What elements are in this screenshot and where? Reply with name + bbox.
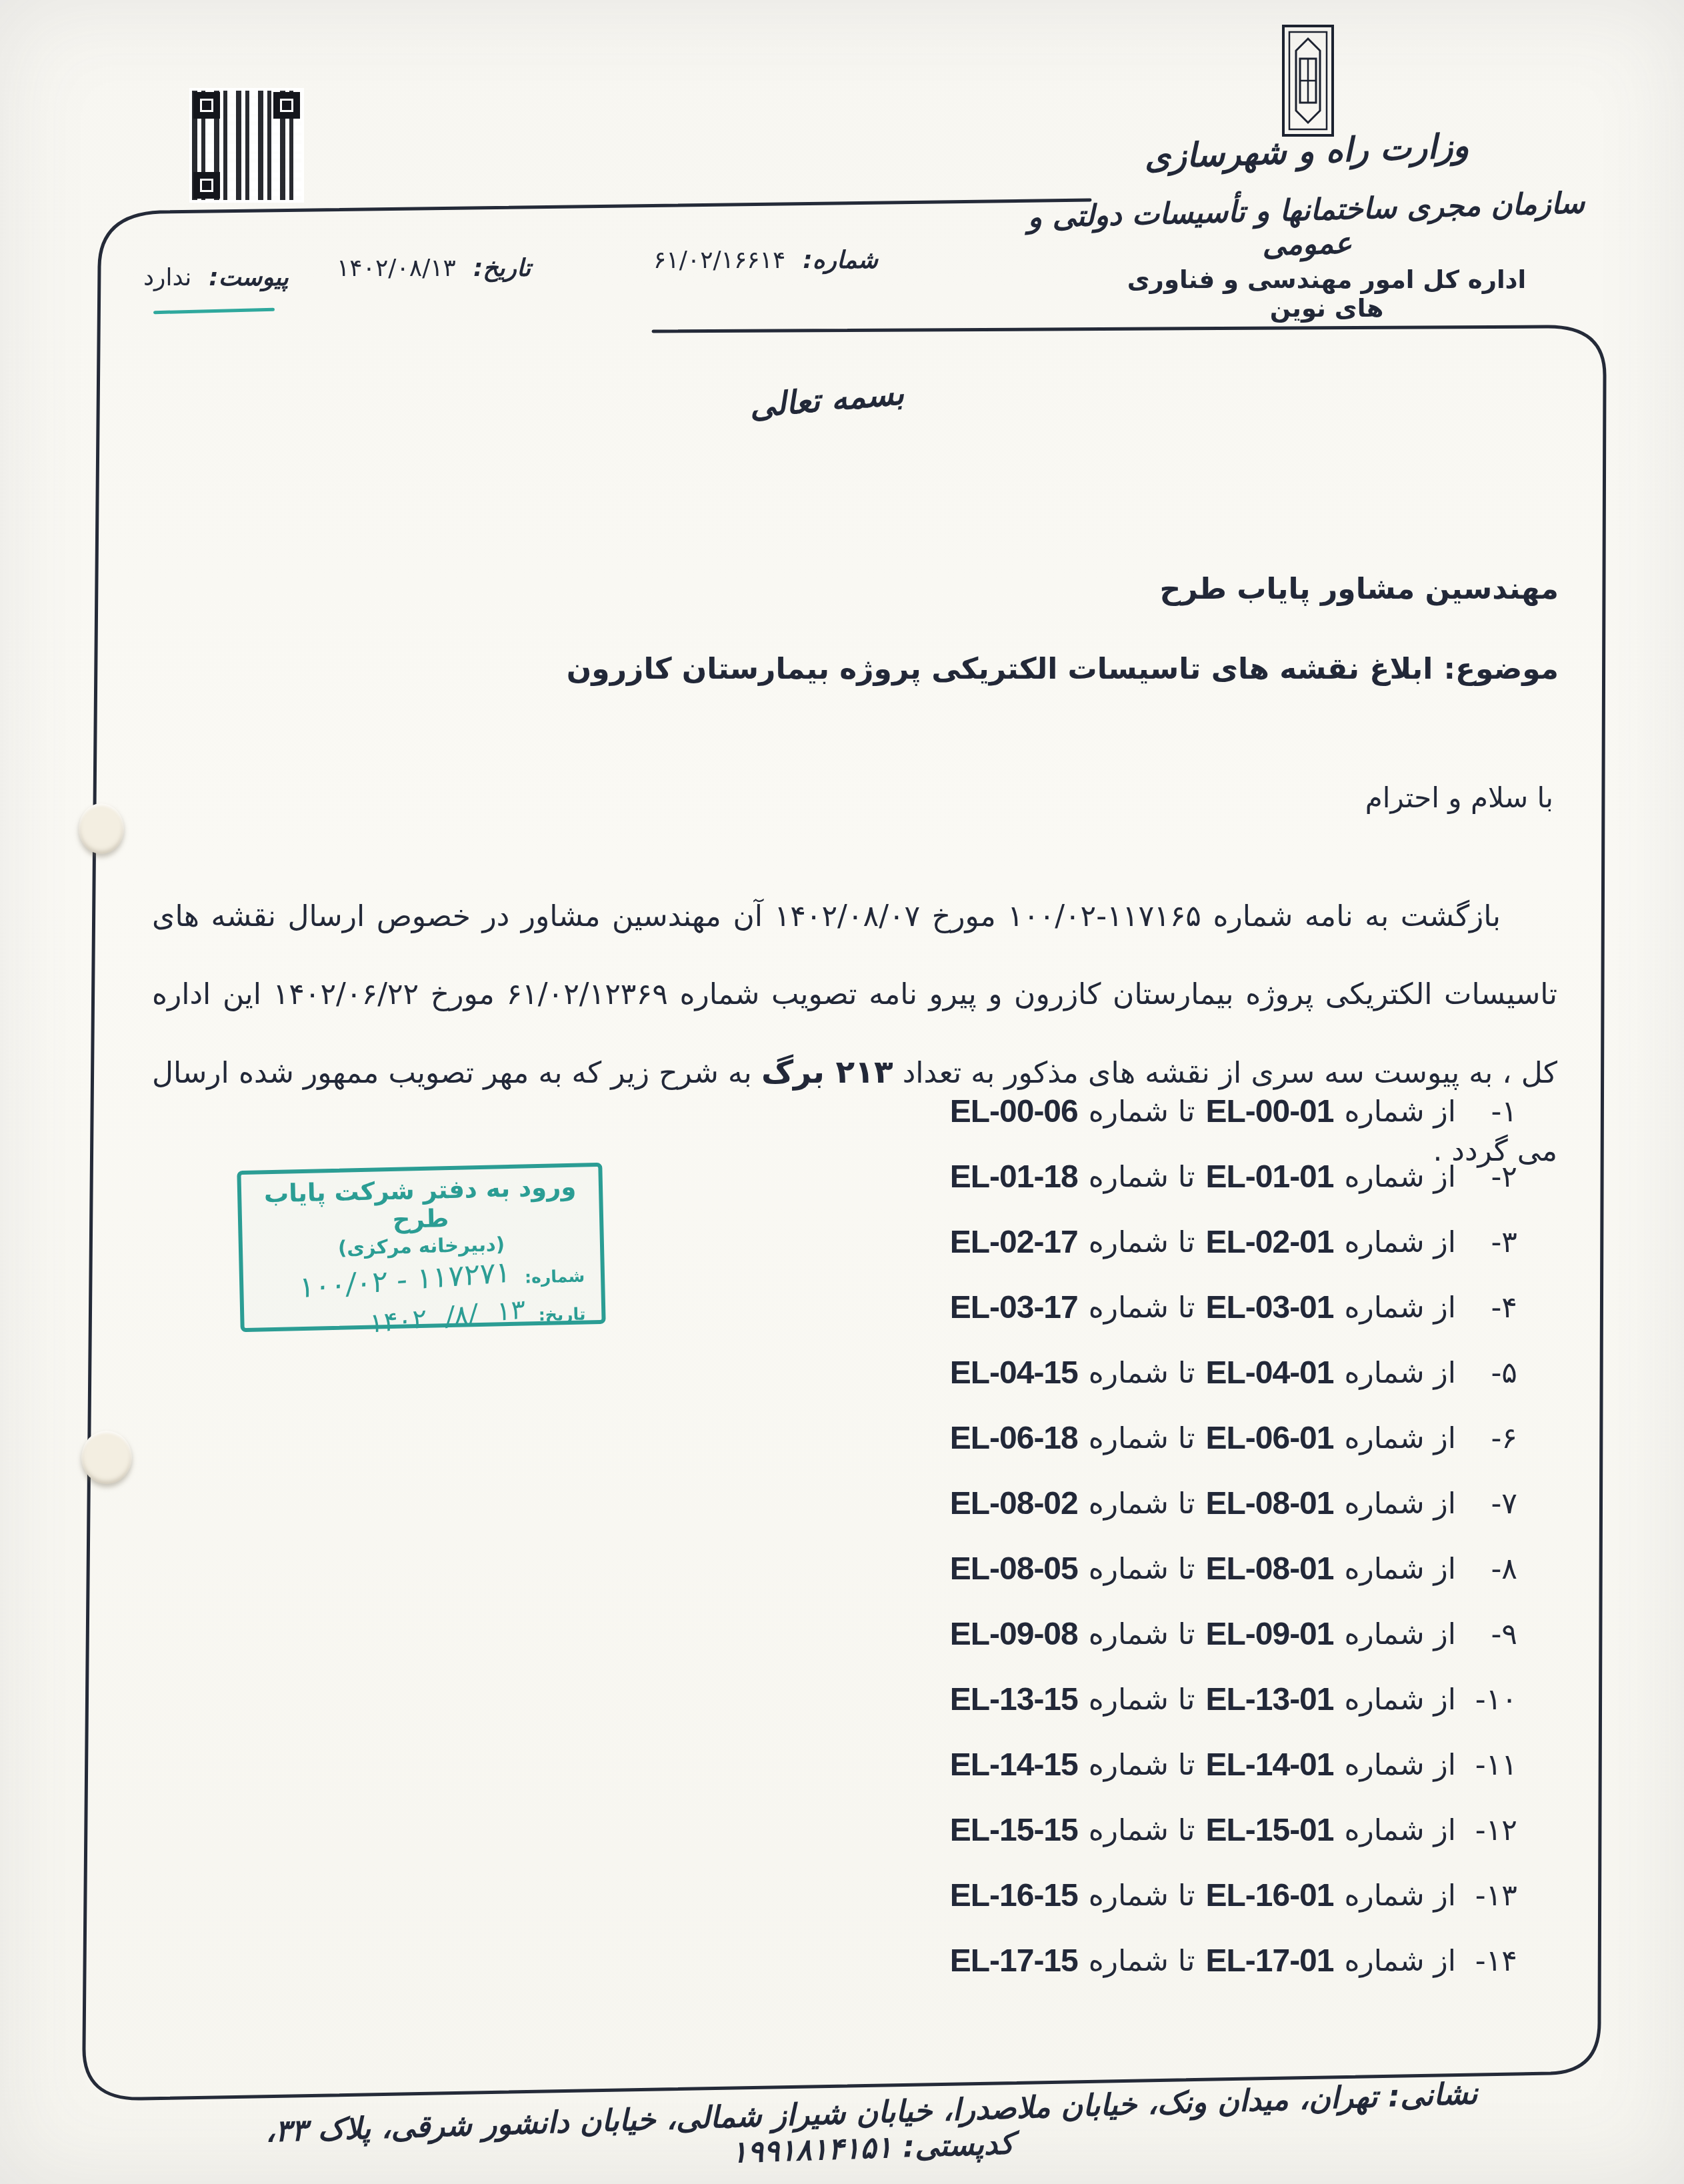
drawing-code-to: EL-17-15	[950, 1943, 1078, 1979]
body-seg: بازگشت به نامه شماره	[1213, 899, 1501, 933]
from-label: از شماره	[1345, 1748, 1456, 1782]
besmele-calligraphy: بسمه تعالی	[725, 373, 928, 427]
department-name: اداره کل امور مهندسی و فناوری های نوین	[1103, 265, 1550, 323]
list-item: ۸-از شمارهEL-08-01تا شمارهEL-08-05	[950, 1536, 1517, 1601]
item-number: ۶-	[1467, 1421, 1517, 1455]
from-label: از شماره	[1345, 1487, 1456, 1521]
qr-code	[192, 91, 301, 200]
list-item: ۷-از شمارهEL-08-01تا شمارهEL-08-02	[950, 1471, 1517, 1536]
item-number: ۱۲-	[1467, 1813, 1517, 1847]
company-receipt-stamp: ورود به دفتر شرکت پایاب طرح (دبیرخانه مر…	[237, 1163, 605, 1332]
stamp-number-handwritten: ۱۰۰/۰۲ - ۱۱۷۲۷۱	[299, 1255, 511, 1305]
punch-hole	[81, 1431, 132, 1484]
from-label: از شماره	[1345, 1944, 1456, 1978]
list-item: ۱۰-از شمارهEL-13-01تا شمارهEL-13-15	[950, 1667, 1517, 1732]
drawing-code-from: EL-01-01	[1205, 1159, 1333, 1195]
drawing-code-to: EL-14-15	[950, 1747, 1078, 1783]
organization-name: سازمان مجری ساختمانها و تأسیسات دولتی و …	[1003, 185, 1611, 269]
list-item: ۹-از شمارهEL-09-01تا شمارهEL-09-08	[950, 1601, 1517, 1667]
footer-address: نشانی: تهران، میدان ونک، خیابان ملاصدرا،…	[226, 2075, 1518, 2184]
approval-letter-date: ۱۴۰۲/۰۶/۲۲	[273, 977, 419, 1011]
ministry-emblem-icon	[1281, 24, 1335, 137]
to-label: تا شماره	[1089, 1944, 1195, 1978]
drawing-code-from: EL-08-01	[1205, 1551, 1333, 1587]
letter-date-value: ۱۴۰۲/۰۸/۱۳	[337, 255, 456, 282]
to-label: تا شماره	[1089, 1813, 1195, 1847]
drawing-code-from: EL-14-01	[1205, 1747, 1333, 1783]
drawing-code-to: EL-02-17	[950, 1224, 1078, 1261]
stamp-number-row: شماره: ۱۰۰/۰۲ - ۱۱۷۲۷۱	[257, 1259, 588, 1300]
attachment-value: ندارد	[143, 264, 191, 291]
letter-date-field: تاریخ: ۱۴۰۲/۰۸/۱۳	[337, 255, 531, 282]
attachment-field: پیوست: ندارد	[143, 264, 289, 291]
to-label: تا شماره	[1089, 1487, 1195, 1521]
item-number: ۱۳-	[1467, 1879, 1517, 1913]
drawing-code-to: EL-04-15	[950, 1355, 1078, 1391]
punch-hole	[79, 803, 124, 854]
stamp-number-label: شماره:	[525, 1266, 585, 1287]
salutation-line: با سلام و احترام	[1365, 781, 1553, 814]
to-label: تا شماره	[1089, 1356, 1195, 1390]
list-item: ۲-از شمارهEL-01-01تا شمارهEL-01-18	[950, 1144, 1517, 1209]
item-number: ۴-	[1467, 1291, 1517, 1325]
list-item: ۵-از شمارهEL-04-01تا شمارهEL-04-15	[950, 1340, 1517, 1405]
item-number: ۸-	[1467, 1552, 1517, 1586]
list-item: ۴-از شمارهEL-03-01تا شمارهEL-03-17	[950, 1275, 1517, 1340]
to-label: تا شماره	[1089, 1617, 1195, 1651]
recipient-line: مهندسین مشاور پایاب طرح	[1160, 572, 1559, 606]
item-number: ۱۰-	[1467, 1683, 1517, 1717]
drawing-code-to: EL-00-06	[950, 1093, 1078, 1130]
drawing-code-from: EL-08-01	[1205, 1485, 1333, 1522]
stamp-date-handwritten: ۱۴۰۲ /۸/ ۱۳	[369, 1294, 525, 1339]
drawing-code-to: EL-16-15	[950, 1877, 1078, 1914]
from-label: از شماره	[1345, 1291, 1456, 1325]
drawing-code-from: EL-13-01	[1205, 1681, 1333, 1718]
drawing-code-from: EL-09-01	[1205, 1616, 1333, 1653]
drawing-code-from: EL-00-01	[1205, 1093, 1333, 1130]
to-label: تا شماره	[1089, 1683, 1195, 1717]
drawing-code-to: EL-13-15	[950, 1681, 1078, 1718]
qr-finder-icon	[273, 92, 300, 119]
drawing-code-to: EL-09-08	[950, 1616, 1078, 1653]
sheet-count-emphasis: ۲۱۳ برگ	[761, 1054, 893, 1091]
letter-date-label: تاریخ:	[473, 255, 531, 282]
subject-line: موضوع: ابلاغ نقشه های تاسیسات الکتریکی پ…	[567, 652, 1559, 686]
drawing-code-from: EL-03-01	[1205, 1289, 1333, 1326]
drawing-code-to: EL-03-17	[950, 1289, 1078, 1326]
list-item: ۱۱-از شمارهEL-14-01تا شمارهEL-14-15	[950, 1732, 1517, 1797]
from-label: از شماره	[1345, 1095, 1456, 1129]
drawing-code-to: EL-06-18	[950, 1420, 1078, 1457]
subject-label: موضوع:	[1443, 652, 1559, 686]
body-seg: مورخ	[932, 899, 996, 933]
from-label: از شماره	[1345, 1617, 1456, 1651]
list-item: ۱-از شمارهEL-00-01تا شمارهEL-00-06	[950, 1079, 1517, 1144]
drawing-code-to: EL-08-05	[950, 1551, 1078, 1587]
referenced-letter-date: ۱۴۰۲/۰۸/۰۷	[775, 899, 921, 933]
from-label: از شماره	[1345, 1813, 1456, 1847]
stamp-title: ورود به دفتر شرکت پایاب طرح	[255, 1172, 587, 1237]
from-label: از شماره	[1345, 1160, 1456, 1194]
scanned-letter-page: { "colors": { "ink": "#222838", "stamp_t…	[0, 0, 1684, 2184]
item-number: ۲-	[1467, 1160, 1517, 1194]
qr-finder-icon	[193, 92, 220, 119]
to-label: تا شماره	[1089, 1160, 1195, 1194]
drawing-code-from: EL-16-01	[1205, 1877, 1333, 1914]
attachment-highlight-underline	[153, 308, 275, 314]
list-item: ۱۲-از شمارهEL-15-01تا شمارهEL-15-15	[950, 1797, 1517, 1863]
item-number: ۱۴-	[1467, 1944, 1517, 1978]
drawing-code-from: EL-15-01	[1205, 1812, 1333, 1849]
attachment-label: پیوست:	[209, 264, 288, 291]
to-label: تا شماره	[1089, 1291, 1195, 1325]
from-label: از شماره	[1345, 1552, 1456, 1586]
from-label: از شماره	[1345, 1421, 1456, 1455]
stamp-date-label: تاریخ:	[538, 1304, 585, 1325]
drawing-code-to: EL-15-15	[950, 1812, 1078, 1849]
item-number: ۹-	[1467, 1617, 1517, 1651]
from-label: از شماره	[1345, 1356, 1456, 1390]
list-item: ۱۴-از شمارهEL-17-01تا شمارهEL-17-15	[950, 1928, 1517, 1993]
item-number: ۱-	[1467, 1095, 1517, 1129]
qr-finder-icon	[193, 172, 220, 199]
item-number: ۳-	[1467, 1225, 1517, 1259]
drawing-code-from: EL-02-01	[1205, 1224, 1333, 1261]
list-item: ۱۳-از شمارهEL-16-01تا شمارهEL-16-15	[950, 1863, 1517, 1928]
subject-text: ابلاغ نقشه های تاسیسات الکتریکی پروژه بی…	[567, 652, 1433, 686]
item-number: ۷-	[1467, 1487, 1517, 1521]
letter-number-label: شماره:	[803, 247, 878, 274]
item-number: ۱۱-	[1467, 1748, 1517, 1782]
drawing-ranges-list: ۱-از شمارهEL-00-01تا شمارهEL-00-06 ۲-از …	[950, 1079, 1517, 1993]
to-label: تا شماره	[1089, 1552, 1195, 1586]
drawing-code-from: EL-06-01	[1205, 1420, 1333, 1457]
list-item: ۶-از شمارهEL-06-01تا شمارهEL-06-18	[950, 1405, 1517, 1471]
drawing-code-from: EL-17-01	[1205, 1943, 1333, 1979]
from-label: از شماره	[1345, 1879, 1456, 1913]
item-number: ۵-	[1467, 1356, 1517, 1390]
to-label: تا شماره	[1089, 1421, 1195, 1455]
drawing-code-to: EL-01-18	[950, 1159, 1078, 1195]
drawing-code-to: EL-08-02	[950, 1485, 1078, 1522]
to-label: تا شماره	[1089, 1879, 1195, 1913]
from-label: از شماره	[1345, 1225, 1456, 1259]
body-seg: مورخ	[431, 977, 495, 1011]
approval-letter-number: ۶۱/۰۲/۱۲۳۶۹	[506, 977, 667, 1011]
letter-number-field: شماره: ۶۱/۰۲/۱۶۶۱۴	[653, 247, 878, 274]
to-label: تا شماره	[1089, 1225, 1195, 1259]
referenced-letter-number: ۱۰۰/۰۲-۱۱۷۱۶۵	[1007, 899, 1201, 933]
drawing-code-from: EL-04-01	[1205, 1355, 1333, 1391]
from-label: از شماره	[1345, 1683, 1456, 1717]
ministry-name: وزارت راه و شهرسازی	[1106, 125, 1507, 178]
letter-number-value: ۶۱/۰۲/۱۶۶۱۴	[653, 247, 785, 274]
to-label: تا شماره	[1089, 1095, 1195, 1129]
to-label: تا شماره	[1089, 1748, 1195, 1782]
list-item: ۳-از شمارهEL-02-01تا شمارهEL-02-17	[950, 1209, 1517, 1275]
